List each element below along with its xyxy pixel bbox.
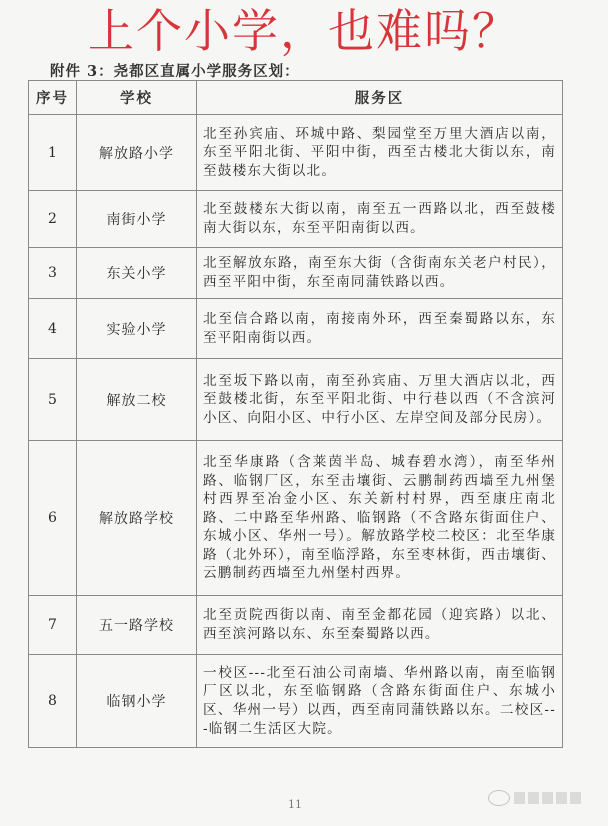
row-index: 3 xyxy=(29,248,77,299)
watermark xyxy=(488,790,584,806)
service-area-text: 北至坂下路以南，南至孙宾庙、万里大酒店以北，西至鼓楼北街，东至平阳北街、中行巷以… xyxy=(197,359,563,441)
table-row: 4实验小学北至信合路以南，南接南外环，西至秦蜀路以东，东至平阳南街以西。 xyxy=(29,299,563,359)
service-area-text: 北至鼓楼东大街以南，南至五一西路以北，西至鼓楼南大街以东，东至平阳南街以西。 xyxy=(197,191,563,248)
page-number: 11 xyxy=(288,798,302,811)
row-index: 5 xyxy=(29,359,77,441)
service-area-text: 北至华康路（含莱茵半岛、城春碧水湾），南至华州路、临钢厂区，东至击壤街、云鹏制药… xyxy=(197,441,563,596)
row-index: 8 xyxy=(29,655,77,748)
school-name: 解放路小学 xyxy=(77,115,197,191)
service-area-text: 北至解放东路，南至东大街（含街南东关老户村民），西至平阳中街，东至南同蒲铁路以西… xyxy=(197,248,563,299)
document-subtitle: 附件 3：尧都区直属小学服务区划： xyxy=(50,60,300,81)
wechat-icon xyxy=(488,790,510,806)
school-name: 五一路学校 xyxy=(77,596,197,655)
watermark-text xyxy=(514,792,584,804)
table-row: 1解放路小学北至孙宾庙、环城中路、梨园堂至万里大酒店以南，东至平阳北街、平阳中街… xyxy=(29,115,563,191)
table-header-row: 序号 学校 服务区 xyxy=(29,81,563,115)
row-index: 2 xyxy=(29,191,77,248)
row-index: 1 xyxy=(29,115,77,191)
table-row: 7五一路学校北至贡院西街以南、南至金都花园（迎宾路）以北、西至滨河路以东、东至秦… xyxy=(29,596,563,655)
table-row: 6解放路学校北至华康路（含莱茵半岛、城春碧水湾），南至华州路、临钢厂区，东至击壤… xyxy=(29,441,563,596)
table-row: 8临钢小学一校区---北至石油公司南墙、华州路以南，南至临钢厂区以北，东至临钢路… xyxy=(29,655,563,748)
row-index: 4 xyxy=(29,299,77,359)
school-name: 实验小学 xyxy=(77,299,197,359)
school-name: 东关小学 xyxy=(77,248,197,299)
header-index: 序号 xyxy=(29,81,77,115)
header-school: 学校 xyxy=(77,81,197,115)
table-row: 3东关小学北至解放东路，南至东大街（含街南东关老户村民），西至平阳中街，东至南同… xyxy=(29,248,563,299)
header-service-area: 服务区 xyxy=(197,81,563,115)
service-area-text: 北至贡院西街以南、南至金都花园（迎宾路）以北、西至滨河路以东、东至秦蜀路以西。 xyxy=(197,596,563,655)
service-area-text: 一校区---北至石油公司南墙、华州路以南，南至临钢厂区以北，东至临钢路（含路东街… xyxy=(197,655,563,748)
service-area-text: 北至孙宾庙、环城中路、梨园堂至万里大酒店以南，东至平阳北街、平阳中街，西至古楼北… xyxy=(197,115,563,191)
headline: 上个小学，也难吗？ xyxy=(0,4,608,58)
table-row: 5解放二校北至坂下路以南，南至孙宾庙、万里大酒店以北，西至鼓楼北街，东至平阳北街… xyxy=(29,359,563,441)
table-row: 2南街小学北至鼓楼东大街以南，南至五一西路以北，西至鼓楼南大街以东，东至平阳南街… xyxy=(29,191,563,248)
school-name: 解放路学校 xyxy=(77,441,197,596)
service-area-table: 序号 学校 服务区 1解放路小学北至孙宾庙、环城中路、梨园堂至万里大酒店以南，东… xyxy=(28,80,563,748)
school-name: 解放二校 xyxy=(77,359,197,441)
row-index: 7 xyxy=(29,596,77,655)
service-area-text: 北至信合路以南，南接南外环，西至秦蜀路以东，东至平阳南街以西。 xyxy=(197,299,563,359)
school-name: 南街小学 xyxy=(77,191,197,248)
school-name: 临钢小学 xyxy=(77,655,197,748)
row-index: 6 xyxy=(29,441,77,596)
